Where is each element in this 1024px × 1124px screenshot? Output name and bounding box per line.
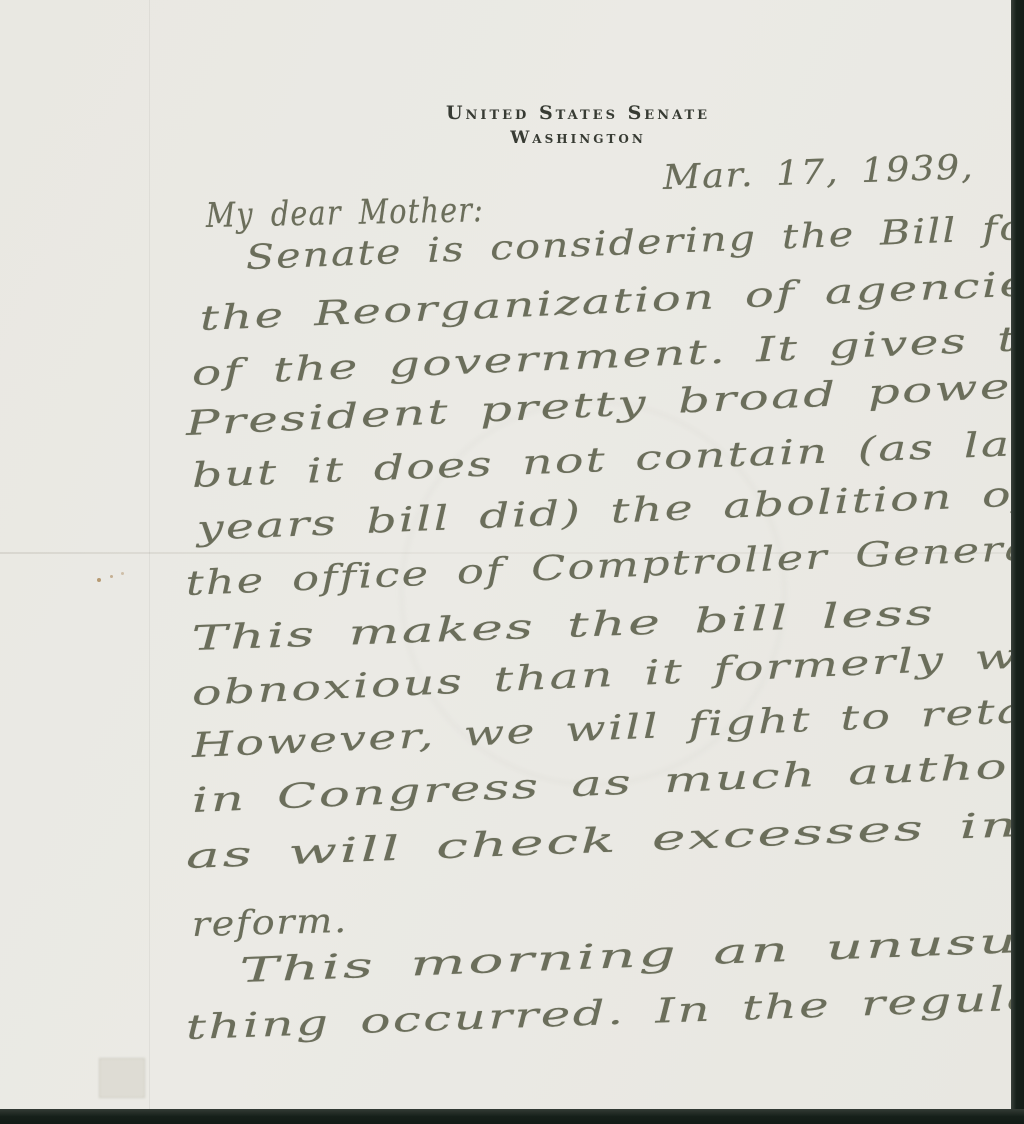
letter-salutation: My dear Mother: bbox=[205, 190, 484, 236]
letter-line: This morning an unusual bbox=[239, 919, 1024, 991]
foxing-dot bbox=[97, 578, 101, 582]
scanned-letter: United States Senate Washington Mar. 17,… bbox=[0, 0, 1024, 1124]
scan-mat-right bbox=[1011, 0, 1024, 1124]
foxing-dot bbox=[121, 572, 124, 575]
letter-line: reform. bbox=[191, 901, 348, 945]
stamp-smudge bbox=[99, 1058, 145, 1098]
vertical-crease bbox=[149, 0, 150, 1109]
letterhead-city: Washington bbox=[328, 126, 828, 150]
letter-paper: United States Senate Washington Mar. 17,… bbox=[0, 0, 1011, 1109]
letterhead: United States Senate Washington bbox=[328, 100, 828, 150]
letter-date: Mar. 17, 1939, bbox=[662, 147, 975, 198]
letterhead-org: United States Senate bbox=[328, 100, 828, 126]
scan-mat-bottom bbox=[0, 1109, 1024, 1124]
foxing-dot bbox=[110, 575, 113, 578]
